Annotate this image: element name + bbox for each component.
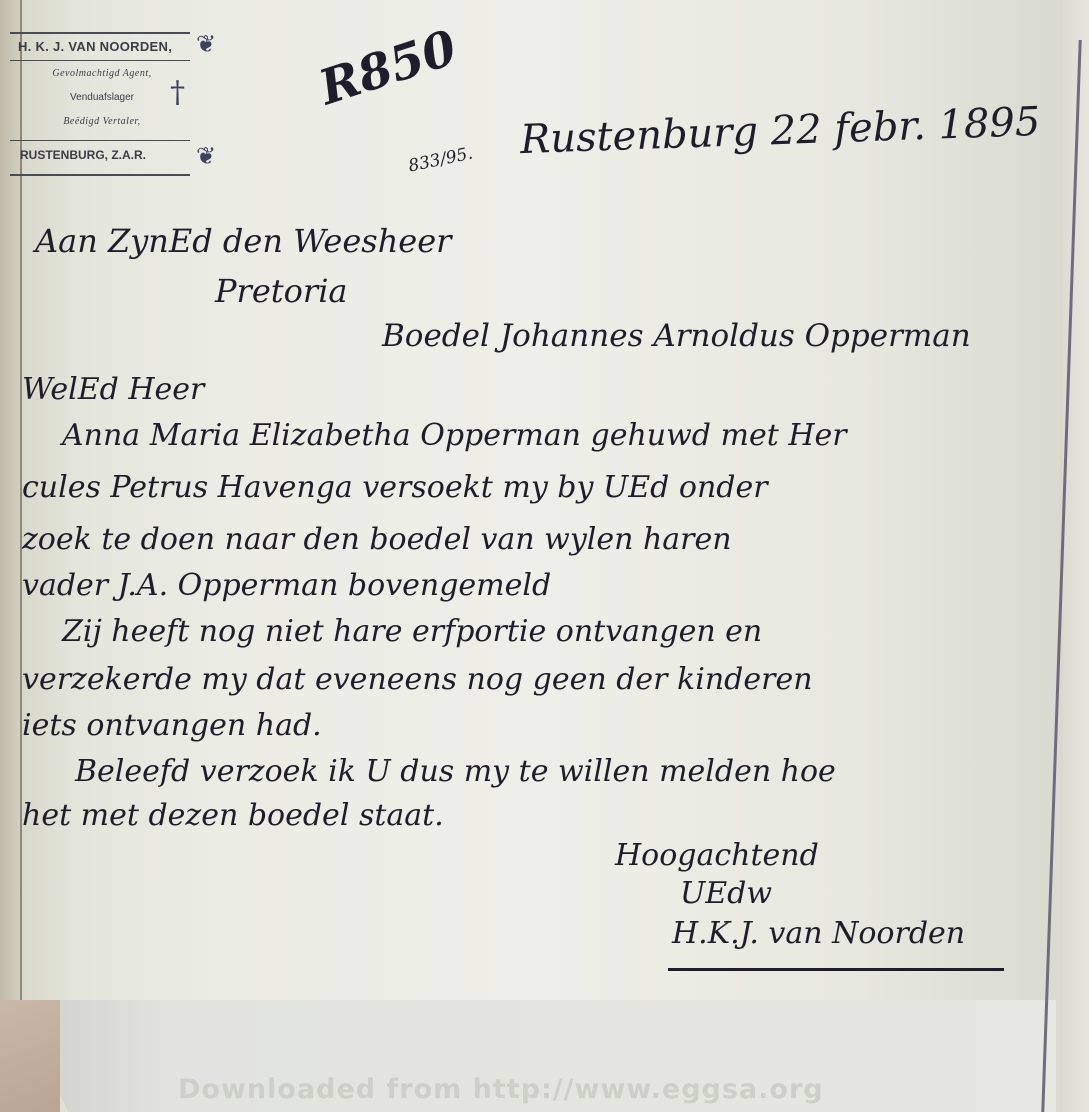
letterhead-name: H. K. J. VAN NOORDEN, (18, 39, 172, 54)
addressee: Aan ZynEd den Weesheer (35, 222, 451, 260)
closing-title: UEdw (680, 876, 772, 911)
body-line: Anna Maria Elizabetha Opperman gehuwd me… (62, 418, 847, 453)
dagger-ornament-icon: † (170, 78, 185, 108)
body-line: Beleefd verzoek ik U dus my te willen me… (75, 754, 836, 789)
subject-line: Boedel Johannes Arnoldus Opperman (382, 318, 971, 354)
body-line: verzekerde my dat eveneens nog geen der … (22, 662, 813, 697)
salutation: WelEd Heer (22, 372, 204, 407)
fleuron-icon: ❦ (196, 144, 216, 168)
stamp-rule (10, 60, 190, 61)
hand-background (0, 1000, 60, 1112)
address-city: Pretoria (215, 272, 348, 310)
letterhead-stamp: H. K. J. VAN NOORDEN, Gevolmachtigd Agen… (10, 30, 205, 180)
signature-underline (668, 968, 1004, 971)
stamp-rule-top (10, 32, 190, 34)
letterhead-line: Venduafslager (22, 92, 182, 103)
stamp-rule-bottom (10, 174, 190, 176)
fleuron-icon: ❦ (196, 32, 216, 56)
body-line: iets ontvangen had. (22, 708, 322, 743)
body-line: zoek te doen naar den boedel van wylen h… (22, 522, 732, 557)
body-line: cules Petrus Havenga versoekt my by UEd … (22, 470, 768, 505)
letterhead-city: RUSTENBURG, Z.A.R. (20, 148, 146, 162)
closing-phrase: Hoogachtend (615, 838, 819, 873)
body-line: vader J.A. Opperman bovengemeld (22, 568, 551, 603)
body-line: het met dezen boedel staat. (22, 798, 444, 833)
body-line: Zij heeft nog niet hare erfportie ontvan… (62, 614, 762, 649)
letterhead-line: Gevolmachtigd Agent, (22, 68, 182, 79)
stamp-rule (10, 140, 190, 141)
letterhead-line: Beëdigd Vertaler, (22, 116, 182, 127)
signature: H.K.J. van Noorden (672, 916, 965, 951)
watermark: Downloaded from http://www.eggsa.org (178, 1074, 824, 1105)
